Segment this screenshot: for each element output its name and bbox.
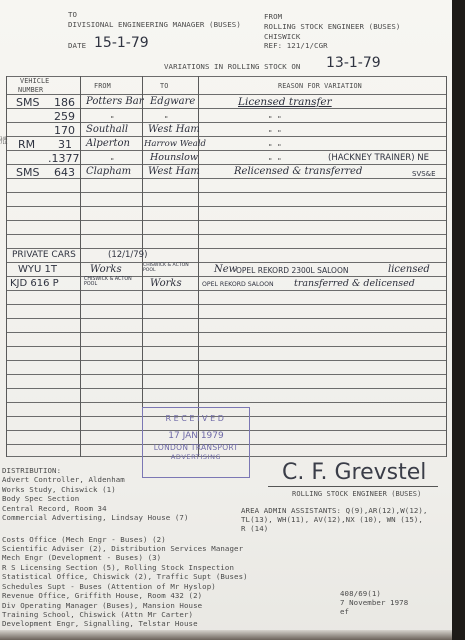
reason: Relicensed & transferred [234, 166, 362, 177]
list-item: Statistical Office, Chiswick (2), Traffi… [2, 572, 248, 581]
list-item: Central Record, Room 34 [2, 504, 107, 513]
reason: " " [268, 114, 282, 123]
reference: REF: 121/1/CGR [264, 41, 328, 50]
assistants-line3: R (14) [241, 524, 268, 533]
note: (HACKNEY TRAINER) NE [328, 153, 429, 163]
to-garage: Hounslow [150, 152, 198, 163]
reason-vehicle: OPEL REKORD 2300L SALOON [236, 266, 348, 275]
from-garage: " [110, 114, 115, 123]
from-garage: Alperton [86, 138, 130, 149]
distribution-heading: DISTRIBUTION: [2, 466, 61, 475]
reason: " " [268, 156, 282, 165]
vehicle-number: 31 [58, 138, 72, 151]
header-number: NUMBER [18, 86, 43, 94]
private-cars-label: PRIVATE CARS [12, 250, 76, 260]
from-location: CHISWICK & ACTON POOL [84, 277, 134, 287]
form-date: 7 November 1978 [340, 598, 408, 607]
signature-line [268, 486, 438, 487]
from-label: FROM [264, 12, 282, 21]
typist-initials: ef [340, 607, 349, 616]
vehicle-number: 643 [54, 166, 75, 179]
note: SVS&E [412, 170, 436, 178]
date-value: 15-1-79 [94, 35, 149, 51]
signatory-title: ROLLING STOCK ENGINEER (BUSES) [292, 490, 421, 498]
vehicle-class: RM [18, 138, 35, 151]
to-location: CHISWICK & ACTON POOL [143, 263, 193, 273]
list-item: Development Engr, Signalling, Telstar Ho… [2, 619, 198, 628]
vehicle-number: .1377 [48, 152, 80, 165]
vehicle-class: SMS [16, 166, 39, 179]
from-garage: Potters Bar [86, 96, 143, 107]
assistants-line1: AREA ADMIN ASSISTANTS: Q(9),AR(12),W(12)… [241, 506, 428, 515]
reason: " " [268, 142, 282, 151]
to-garage: " [164, 114, 169, 123]
stamp-date: 17 JAN 1979 [143, 431, 249, 441]
date-label: DATE [68, 41, 86, 50]
reason-vehicle: OPEL REKORD SALOON [202, 281, 274, 288]
from-location: Works [90, 264, 122, 275]
header-reason: REASON FOR VARIATION [278, 82, 362, 90]
stamp-org: LONDON TRANSPORT [143, 443, 249, 452]
vehicle-number: 170 [54, 124, 75, 137]
vehicle-number: 259 [54, 110, 75, 123]
to-garage: West Ham [148, 166, 200, 177]
margin-note: 34E 71L [0, 137, 8, 145]
from-garage: Clapham [86, 166, 131, 177]
title-prefix: VARIATIONS IN ROLLING STOCK ON [164, 62, 301, 71]
to-label: TO [68, 10, 77, 19]
stamp-heading: RECEIVED [143, 414, 249, 423]
from-garage: " [110, 156, 115, 165]
private-cars-date: (12/1/79) [108, 250, 147, 260]
vehicle-class: SMS [16, 96, 39, 109]
reason: " " [268, 128, 282, 137]
reason: Licensed transfer [238, 96, 332, 108]
list-item: Training School, Chiswick (Attn Mr Carte… [2, 610, 193, 619]
list-item: Commercial Advertising, Lindsay House (7… [2, 513, 189, 522]
header-to: TO [160, 82, 168, 90]
from-line2: CHISWICK [264, 32, 300, 41]
from-line1: ROLLING STOCK ENGINEER (BUSES) [264, 22, 401, 31]
list-item: Mech Engr (Development - Buses) (3) [2, 553, 161, 562]
to-garage: Harrow Weald [144, 139, 206, 149]
to-garage: Edgware [150, 96, 195, 107]
to-value: DIVISIONAL ENGINEERING MANAGER (BUSES) [68, 20, 241, 29]
page-bottom-shadow [0, 630, 452, 640]
header-from: FROM [94, 82, 111, 90]
reason-suffix: licensed [388, 264, 430, 275]
signature: C. F. Grevstel [282, 460, 426, 485]
list-item: Body Spec Section [2, 494, 79, 503]
to-garage: West Ham [148, 124, 200, 135]
list-item: Costs Office (Mech Engr - Buses) (2) [2, 535, 166, 544]
list-item: Revenue Office, Griffith House, Room 432… [2, 591, 202, 600]
assistants-line2: TL(13), WH(11), AV(12),NX (10), WN (15), [241, 515, 423, 524]
memo-sheet: TO DIVISIONAL ENGINEERING MANAGER (BUSES… [0, 0, 452, 640]
vehicle-number: 186 [54, 96, 75, 109]
list-item: Div Operating Manager (Buses), Mansion H… [2, 601, 202, 610]
from-garage: Southall [86, 124, 128, 135]
stamp-dept: ADVERTISING [143, 453, 249, 461]
car-registration: KJD 616 P [10, 278, 59, 289]
to-location: Works [150, 278, 182, 289]
reason-suffix: transferred & delicensed [294, 278, 415, 289]
list-item: R S Licensing Section (5), Rolling Stock… [2, 563, 234, 572]
received-stamp: RECEIVED 17 JAN 1979 LONDON TRANSPORT AD… [142, 407, 250, 478]
car-registration: WYU 1T [18, 264, 57, 275]
title-date: 13-1-79 [326, 55, 381, 71]
list-item: Schedules Supt - Buses (Attention of Mr … [2, 582, 216, 591]
header-vehicle: VEHICLE [20, 77, 49, 85]
list-item: Works Study, Chiswick (1) [2, 485, 116, 494]
list-item: Scientific Adviser (2), Distribution Ser… [2, 544, 243, 553]
scan-edge [452, 0, 465, 640]
list-item: Advert Controller, Aldenham [2, 475, 125, 484]
form-number: 408/69(1) [340, 589, 381, 598]
reason-prefix: New [214, 264, 237, 275]
